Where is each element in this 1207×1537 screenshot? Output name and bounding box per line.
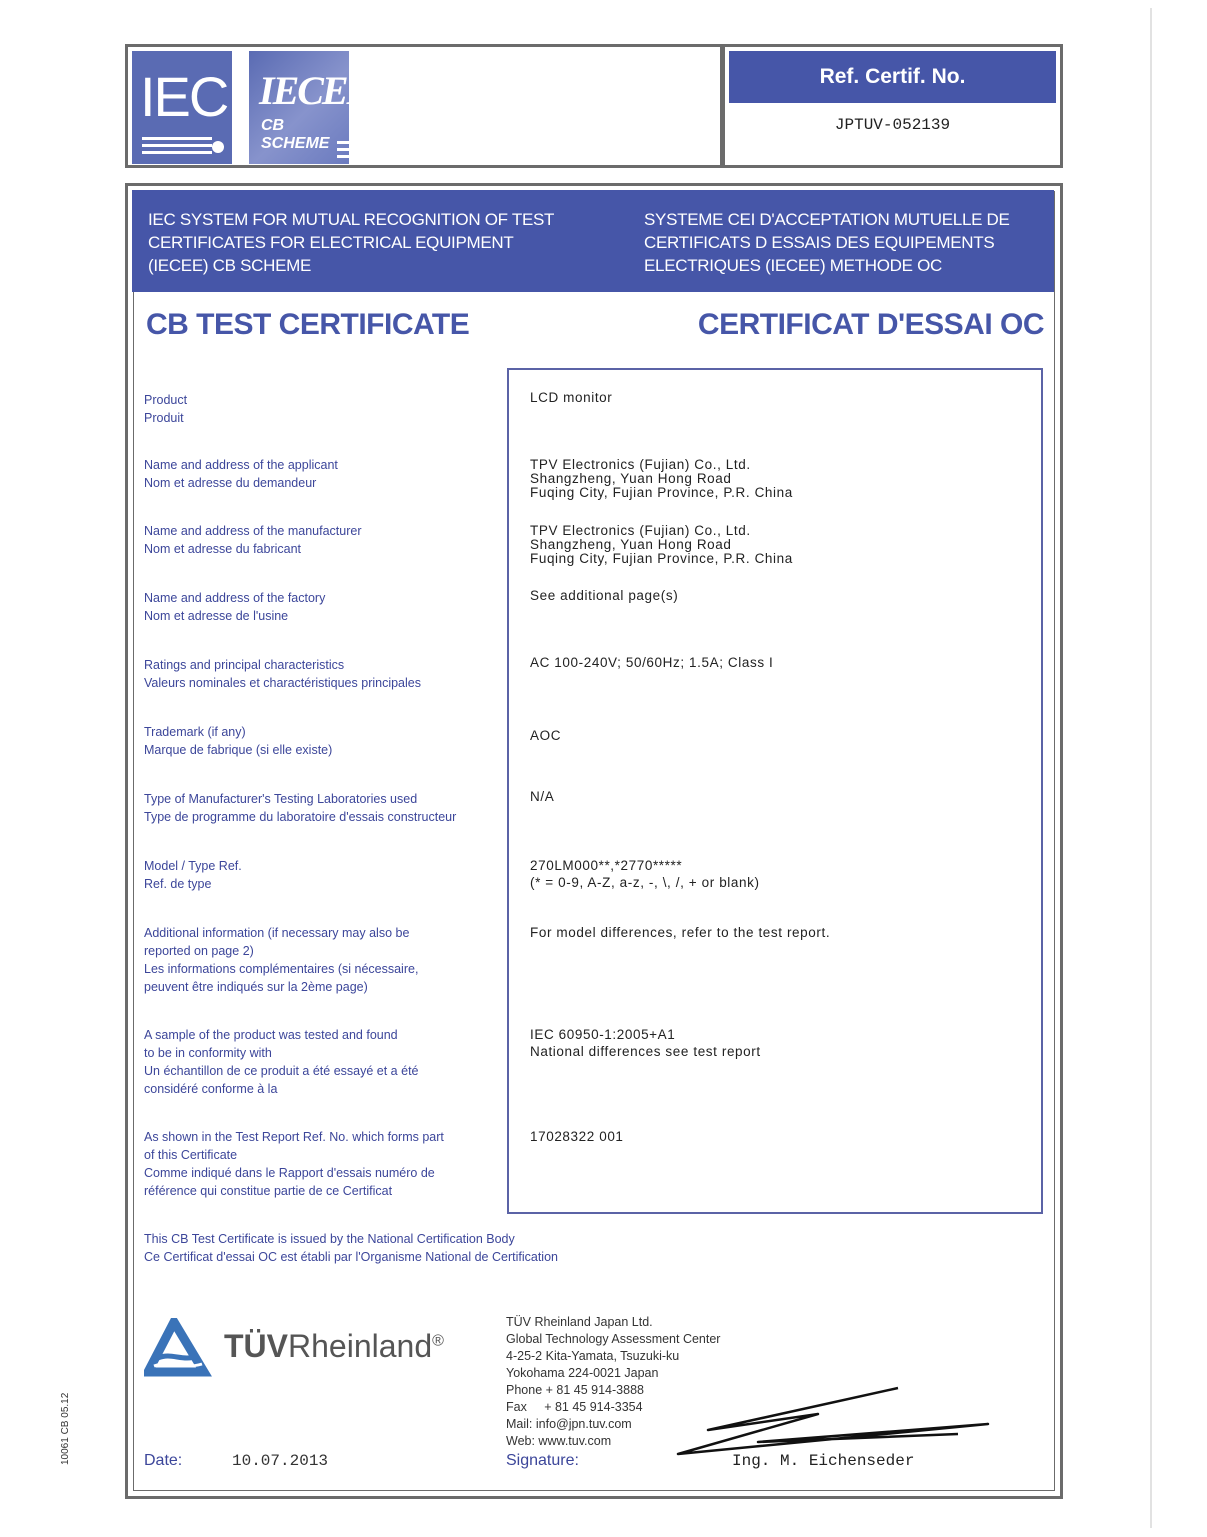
field-label: Trademark (if any)Marque de fabrique (si… <box>144 723 504 759</box>
field-value: 17028322 001 <box>530 1130 1040 1144</box>
field-value: IEC 60950-1:2005+A1 National differences… <box>530 1026 1040 1060</box>
tuv-wordmark: TÜVRheinland® <box>224 1328 444 1365</box>
header-divider <box>720 47 725 165</box>
field-label-french: Un échantillon de ce produit a été essay… <box>144 1062 504 1098</box>
ref-certif-label: Ref. Certif. No. <box>729 51 1056 103</box>
field-label-french: Comme indiqué dans le Rapport d'essais n… <box>144 1164 504 1200</box>
field-label: A sample of the product was tested and f… <box>144 1026 504 1098</box>
field-label-french: Marque de fabrique (si elle existe) <box>144 741 504 759</box>
field-label: Model / Type Ref.Ref. de type <box>144 857 504 893</box>
iec-logo-bar <box>142 137 212 140</box>
field-label-french: Les informations complémentaires (si néc… <box>144 960 504 996</box>
banner-french-line: CERTIFICATS D ESSAIS DES EQUIPEMENTS <box>644 231 1054 254</box>
signatory-name: Ing. M. Eichenseder <box>732 1452 914 1470</box>
field-label-french: Valeurs nominales et charactéristiques p… <box>144 674 504 692</box>
title-french: CERTIFICAT D'ESSAI OC <box>698 308 1044 342</box>
field-label-english: As shown in the Test Report Ref. No. whi… <box>144 1128 504 1164</box>
field-value: 270LM000**,*2770***** (* = 0-9, A-Z, a-z… <box>530 857 1040 891</box>
field-value: TPV Electronics (Fujian) Co., Ltd. Shang… <box>530 524 1040 566</box>
field-label: ProductProduit <box>144 391 504 427</box>
field-label-english: Name and address of the manufacturer <box>144 522 504 540</box>
field-value: TPV Electronics (Fujian) Co., Ltd. Shang… <box>530 458 1040 500</box>
tuv-wordmark-bold: TÜV <box>224 1328 288 1364</box>
banner-french-line: SYSTEME CEI D'ACCEPTATION MUTUELLE DE <box>644 208 1054 231</box>
field-value: For model differences, refer to the test… <box>530 926 1040 940</box>
iec-logo-text: IEC <box>140 69 227 125</box>
field-label-english: Model / Type Ref. <box>144 857 504 875</box>
address-line: Global Technology Assessment Center <box>506 1331 720 1348</box>
field-label-english: Product <box>144 391 504 409</box>
date-value: 10.07.2013 <box>232 1452 328 1470</box>
field-value: LCD monitor <box>530 391 1040 405</box>
issued-statement: This CB Test Certificate is issued by th… <box>144 1230 558 1266</box>
certificate-header: IEC IECEE CB SCHEME Ref. Certif. No. JPT… <box>125 44 1063 168</box>
tuv-wordmark-rest: Rheinland <box>288 1328 432 1364</box>
field-label-french: Ref. de type <box>144 875 504 893</box>
banner-french: SYSTEME CEI D'ACCEPTATION MUTUELLE DE CE… <box>644 208 1054 277</box>
registered-mark: ® <box>432 1332 444 1349</box>
field-label-english: Trademark (if any) <box>144 723 504 741</box>
banner-french-line: ELECTRIQUES (IECEE) METHODE OC <box>644 254 1054 277</box>
address-line: 4-25-2 Kita-Yamata, Tsuzuki-ku <box>506 1348 720 1365</box>
tuv-triangle-icon <box>144 1318 214 1378</box>
field-label-french: Nom et adresse du fabricant <box>144 540 504 558</box>
field-label-french: Nom et adresse du demandeur <box>144 474 504 492</box>
field-value: AOC <box>530 729 1040 743</box>
banner-english: IEC SYSTEM FOR MUTUAL RECOGNITION OF TES… <box>148 208 608 277</box>
iec-logo-bar <box>142 144 212 147</box>
field-label-french: Produit <box>144 409 504 427</box>
field-label-french: Type de programme du laboratoire d'essai… <box>144 808 504 826</box>
field-value: N/A <box>530 790 1040 804</box>
field-value: AC 100-240V; 50/60Hz; 1.5A; Class I <box>530 656 1040 670</box>
iec-logo-bar <box>142 151 212 154</box>
cb-logo-text: CB <box>261 117 284 135</box>
iecee-logo-bar <box>337 141 349 144</box>
field-label-english: Ratings and principal characteristics <box>144 656 504 674</box>
signature-image <box>668 1382 1008 1462</box>
iecee-logo-text: IECEE <box>259 67 349 114</box>
field-label-english: Type of Manufacturer's Testing Laborator… <box>144 790 504 808</box>
iecee-logo-bar <box>337 148 349 151</box>
field-label: Name and address of the factoryNom et ad… <box>144 589 504 625</box>
field-label: As shown in the Test Report Ref. No. whi… <box>144 1128 504 1200</box>
banner-english-line: IEC SYSTEM FOR MUTUAL RECOGNITION OF TES… <box>148 208 608 231</box>
field-value: See additional page(s) <box>530 589 1040 603</box>
logo-gap <box>232 51 249 164</box>
scheme-banner: IEC SYSTEM FOR MUTUAL RECOGNITION OF TES… <box>132 190 1054 292</box>
field-label-french: Nom et adresse de l'usine <box>144 607 504 625</box>
certificate-body: IEC SYSTEM FOR MUTUAL RECOGNITION OF TES… <box>125 183 1063 1499</box>
issued-english: This CB Test Certificate is issued by th… <box>144 1230 558 1248</box>
field-label-english: Name and address of the applicant <box>144 456 504 474</box>
iec-logo: IEC <box>132 51 232 164</box>
form-code: 10061 CB 05.12 <box>60 1393 71 1465</box>
field-label: Type of Manufacturer's Testing Laborator… <box>144 790 504 826</box>
page-edge-line <box>1150 8 1152 1528</box>
scheme-logo-text: SCHEME <box>261 135 329 153</box>
field-label-english: Additional information (if necessary may… <box>144 924 504 960</box>
iec-logo-dot <box>212 141 224 153</box>
banner-english-line: (IECEE) CB SCHEME <box>148 254 608 277</box>
field-label: Ratings and principal characteristicsVal… <box>144 656 504 692</box>
tuv-rheinland-logo: TÜVRheinland® <box>144 1318 484 1378</box>
issued-french: Ce Certificat d'essai OC est établi par … <box>144 1248 558 1266</box>
iecee-logo-bar <box>337 155 349 158</box>
address-line: TÜV Rheinland Japan Ltd. <box>506 1314 720 1331</box>
signature-label: Signature: <box>506 1452 579 1470</box>
ref-certif-number: JPTUV-052139 <box>729 103 1056 163</box>
iecee-cb-scheme-logo: IECEE CB SCHEME <box>249 51 349 164</box>
address-line: Yokohama 224-0021 Japan <box>506 1365 720 1382</box>
field-label-english: Name and address of the factory <box>144 589 504 607</box>
banner-english-line: CERTIFICATES FOR ELECTRICAL EQUIPMENT <box>148 231 608 254</box>
title-english: CB TEST CERTIFICATE <box>146 308 469 342</box>
field-label: Additional information (if necessary may… <box>144 924 504 996</box>
field-label: Name and address of the applicantNom et … <box>144 456 504 492</box>
field-label-english: A sample of the product was tested and f… <box>144 1026 504 1062</box>
date-label: Date: <box>144 1452 182 1470</box>
field-label: Name and address of the manufacturerNom … <box>144 522 504 558</box>
